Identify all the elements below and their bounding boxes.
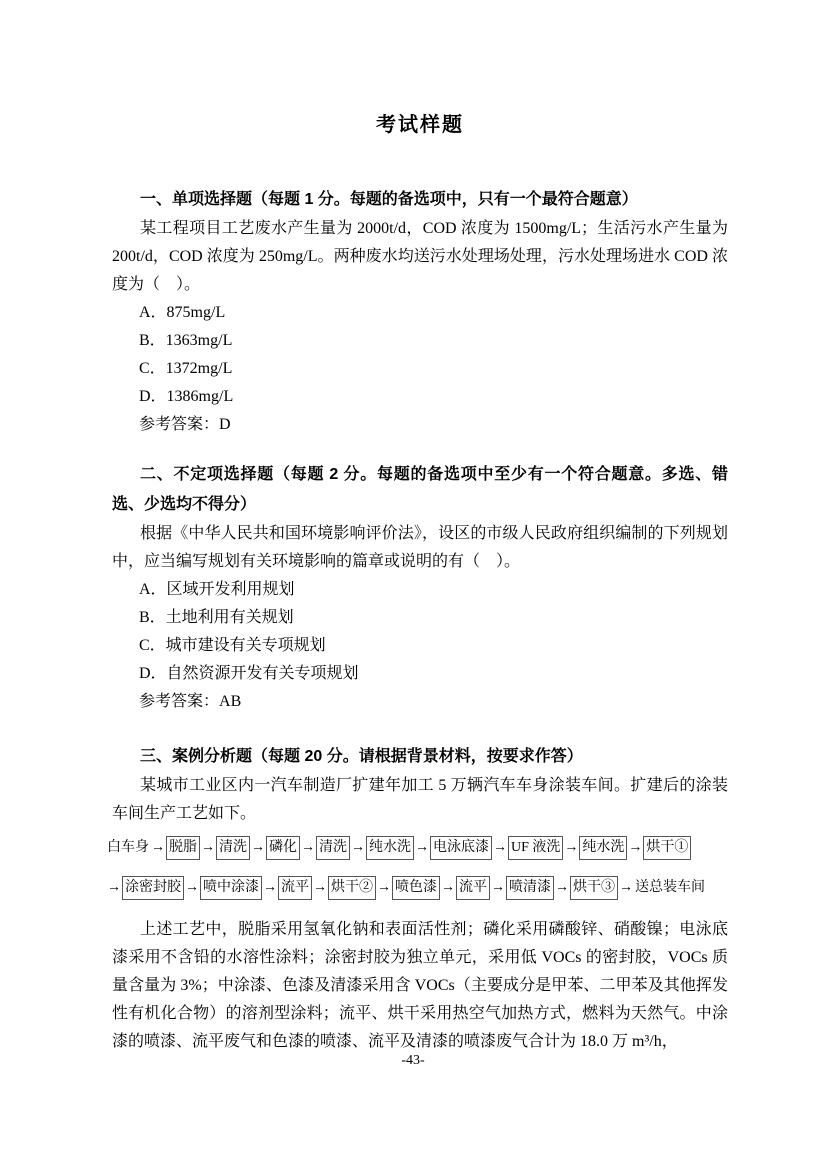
question2-option-a: A．区域开发利用规划: [112, 576, 728, 604]
arrow-icon: →: [262, 877, 278, 899]
question1-option-d: D．1386mg/L: [112, 383, 728, 411]
section-single-choice: 一、单项选择题（每题 1 分。每题的备选项中，只有一个最符合题意） 某工程项目工…: [112, 185, 728, 439]
arrow-icon: →: [492, 837, 508, 859]
question2-option-d: D．自然资源开发有关专项规划: [112, 660, 728, 688]
question2-answer-line: 参考答案：AB: [112, 688, 728, 716]
arrow-icon: →: [150, 837, 166, 859]
question2-answer-value: AB: [219, 693, 241, 710]
section2-heading: 二、不定项选择题（每题 2 分。每题的备选项中至少有一个符合题意。多选、错选、少…: [112, 460, 728, 520]
arrow-icon: →: [563, 837, 579, 859]
question2-option-c: C．城市建设有关专项规划: [112, 632, 728, 660]
arrow-icon: →: [554, 877, 570, 899]
process-flow-row-1: 白车身 → 脱脂 → 清洗 → 磷化 → 清洗 → 纯水洗 → 电泳底漆 → U…: [106, 836, 728, 860]
case-detail-text: 上述工艺中，脱脂采用氢氧化钠和表面活性剂；磷化采用磷酸锌、硝酸镍；电泳底漆采用不…: [112, 916, 728, 1056]
question1-option-b: B．1363mg/L: [112, 327, 728, 355]
flow-step-degrease: 脱脂: [166, 836, 200, 860]
flow-step-clear-coat-spray: 喷清漆: [506, 876, 554, 900]
page-number: -43-: [0, 1053, 826, 1069]
flow-step-uf-rinse: UF 液洗: [508, 836, 563, 860]
arrow-icon: →: [250, 837, 266, 859]
question1-options: A．875mg/L B．1363mg/L C．1372mg/L D．1386mg…: [112, 299, 728, 411]
arrow-icon: →: [184, 877, 200, 899]
flow-step-sealant-coating: 涂密封胶: [122, 876, 184, 900]
flow-step-pure-water-rinse-2: 纯水洗: [579, 836, 627, 860]
flow-output-label: 送总装车间: [634, 877, 706, 899]
arrow-icon: →: [627, 837, 643, 859]
flow-step-drying-3: 烘干③: [570, 876, 618, 900]
arrow-icon: →: [490, 877, 506, 899]
arrow-icon: →: [106, 877, 122, 899]
flow-step-leveling-1: 流平: [278, 876, 312, 900]
arrow-icon: →: [414, 837, 430, 859]
flow-step-drying-1: 烘干①: [643, 836, 691, 860]
arrow-icon: →: [200, 837, 216, 859]
section-multi-choice: 二、不定项选择题（每题 2 分。每题的备选项中至少有一个符合题意。多选、错选、少…: [112, 460, 728, 716]
arrow-icon: →: [440, 877, 456, 899]
arrow-icon: →: [618, 877, 634, 899]
flow-step-mid-coat-spray: 喷中涂漆: [200, 876, 262, 900]
flow-step-rinse-1: 清洗: [216, 836, 250, 860]
question2-text: 根据《中华人民共和国环境影响评价法》，设区的市级人民政府组织编制的下列规划中，应…: [112, 520, 728, 576]
flow-step-pure-water-rinse-1: 纯水洗: [366, 836, 414, 860]
flow-step-leveling-2: 流平: [456, 876, 490, 900]
flow-step-phosphating: 磷化: [266, 836, 300, 860]
section1-heading: 一、单项选择题（每题 1 分。每题的备选项中，只有一个最符合题意）: [112, 185, 728, 215]
arrow-icon: →: [376, 877, 392, 899]
question1-answer-value: D: [219, 416, 231, 433]
section-case-analysis: 三、案例分析题（每题 20 分。请根据背景材料，按要求作答） 某城市工业区内一汽…: [112, 742, 728, 1056]
document-content: 考试样题 一、单项选择题（每题 1 分。每题的备选项中，只有一个最符合题意） 某…: [112, 0, 728, 1056]
flow-input-label: 白车身: [106, 837, 150, 859]
question2-answer-label: 参考答案：: [139, 693, 219, 710]
flow-step-drying-2: 烘干②: [328, 876, 376, 900]
flow-step-color-coat-spray: 喷色漆: [392, 876, 440, 900]
case-intro-text: 某城市工业区内一汽车制造厂扩建年加工 5 万辆汽车车身涂装车间。扩建后的涂装车间…: [112, 772, 728, 828]
process-flow-row-2: → 涂密封胶 → 喷中涂漆 → 流平 → 烘干② → 喷色漆 → 流平 → 喷清…: [106, 876, 728, 900]
question1-option-a: A．875mg/L: [112, 299, 728, 327]
document-title: 考试样题: [112, 107, 728, 143]
question1-answer-label: 参考答案：: [139, 416, 219, 433]
section3-heading: 三、案例分析题（每题 20 分。请根据背景材料，按要求作答）: [112, 742, 728, 772]
exam-document-page: 考试样题 一、单项选择题（每题 1 分。每题的备选项中，只有一个最符合题意） 某…: [0, 0, 826, 1169]
question2-options: A．区域开发利用规划 B．土地利用有关规划 C．城市建设有关专项规划 D．自然资…: [112, 576, 728, 688]
question1-option-c: C．1372mg/L: [112, 355, 728, 383]
arrow-icon: →: [312, 877, 328, 899]
arrow-icon: →: [350, 837, 366, 859]
question2-option-b: B．土地利用有关规划: [112, 604, 728, 632]
flow-step-electrophoretic-primer: 电泳底漆: [430, 836, 492, 860]
flow-step-rinse-2: 清洗: [316, 836, 350, 860]
question1-answer-line: 参考答案：D: [112, 411, 728, 439]
arrow-icon: →: [300, 837, 316, 859]
question1-text: 某工程项目工艺废水产生量为 2000t/d，COD 浓度为 1500mg/L；生…: [112, 215, 728, 299]
